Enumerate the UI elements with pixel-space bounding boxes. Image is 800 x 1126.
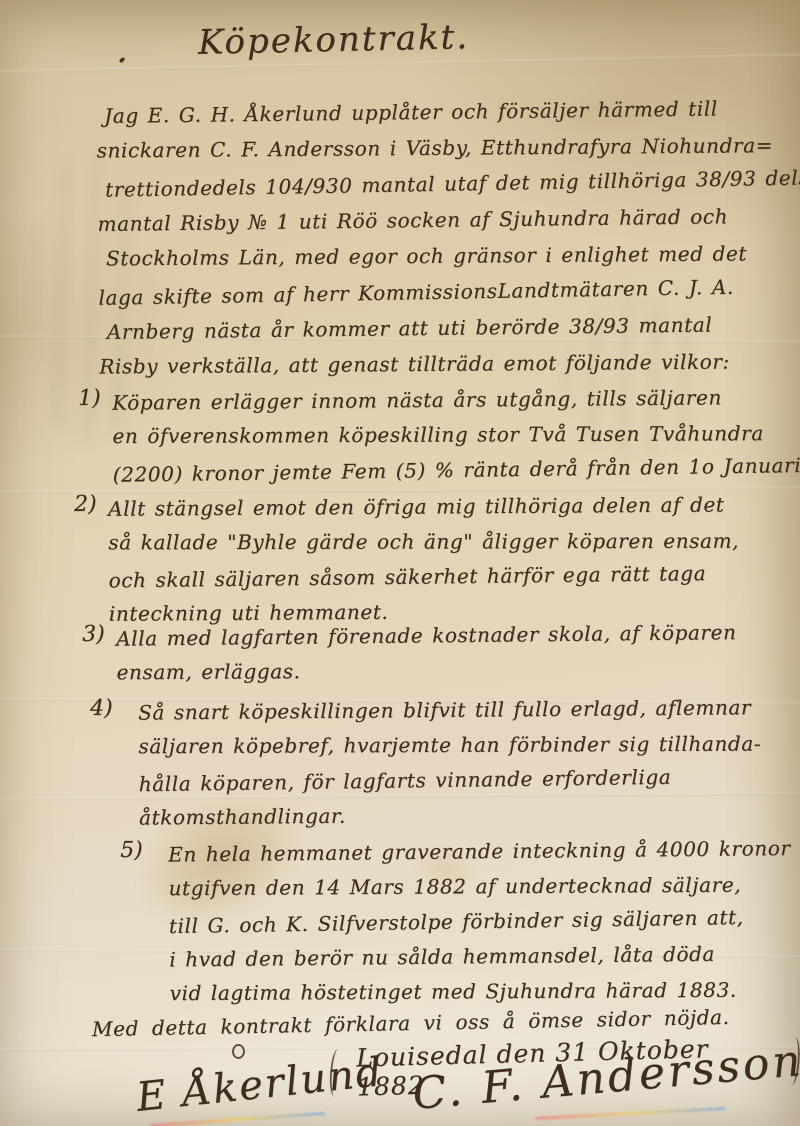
clause-1-number: 1) [78, 386, 101, 411]
scanned-contract-page: Köpekontrakt. Jag E. G. H. Åkerlund uppl… [0, 0, 800, 1126]
clause-3-number: 3) [82, 622, 105, 647]
intro-line: Risby verkställa, att genast tillträda e… [99, 343, 793, 384]
clause-line: ensam, erläggas. [116, 651, 737, 690]
document-title: Köpekontrakt. [198, 17, 470, 63]
clause-line: Så snart köpeskillingen blifvit till ful… [124, 690, 761, 731]
intro-paragraph: Jag E. G. H. Åkerlund upplåter och försä… [96, 90, 793, 386]
clause-5-lines: En hela hemmanet graverande inteckning å… [154, 831, 792, 1013]
ink-speck [119, 56, 126, 63]
clause-4: 4) Så snart köpeskillingen blifvit till … [90, 690, 762, 836]
clause-3: 3) Alla med lagfarten förenade kostnader… [82, 615, 737, 692]
clause-2-number: 2) [74, 492, 97, 517]
seller-signature: E Åkerlund [134, 1049, 385, 1121]
clause-line: Köparen erlägger innom nästa års utgång,… [112, 379, 800, 421]
clause-5-number: 5) [120, 838, 143, 863]
clause-line: Allt stängsel emot den öfriga mig tillhö… [108, 487, 739, 526]
clause-3-lines: Alla med lagfarten förenade kostnader sk… [116, 615, 737, 691]
clause-line: så kallade "Byhle gärde och äng" åligger… [108, 524, 739, 561]
clause-line: säljaren köpebref, hvarjemte han förbind… [124, 727, 761, 765]
clause-line: (2200) kronor jemte Fem (5) % ränta derå… [113, 447, 800, 493]
clause-1: 1) Köparen erlägger innom nästa års utgå… [78, 379, 800, 491]
clause-line: en öfverenskommen köpeskilling stor Två … [112, 416, 800, 454]
clause-2: 2) Allt stängsel emot den öfriga mig til… [74, 487, 740, 632]
clause-line: En hela hemmanet graverande inteckning å… [154, 831, 791, 873]
scan-chromatic-fringe [535, 1107, 725, 1120]
clause-1-lines: Köparen erlägger innom nästa års utgång,… [112, 379, 800, 491]
clause-4-lines: Så snart köpeskillingen blifvit till ful… [124, 690, 762, 836]
clause-5: 5) En hela hemmanet graverande intecknin… [120, 831, 792, 1013]
clause-line: och skall säljaren såsom säkerhet härför… [108, 556, 739, 599]
clause-2-lines: Allt stängsel emot den öfriga mig tillhö… [108, 487, 740, 631]
ink-flourish-ring [232, 1044, 245, 1059]
clause-line: Alla med lagfarten förenade kostnader sk… [116, 615, 737, 656]
clause-line: åtkomsthandlingar. [125, 795, 762, 836]
clause-4-number: 4) [90, 696, 113, 721]
